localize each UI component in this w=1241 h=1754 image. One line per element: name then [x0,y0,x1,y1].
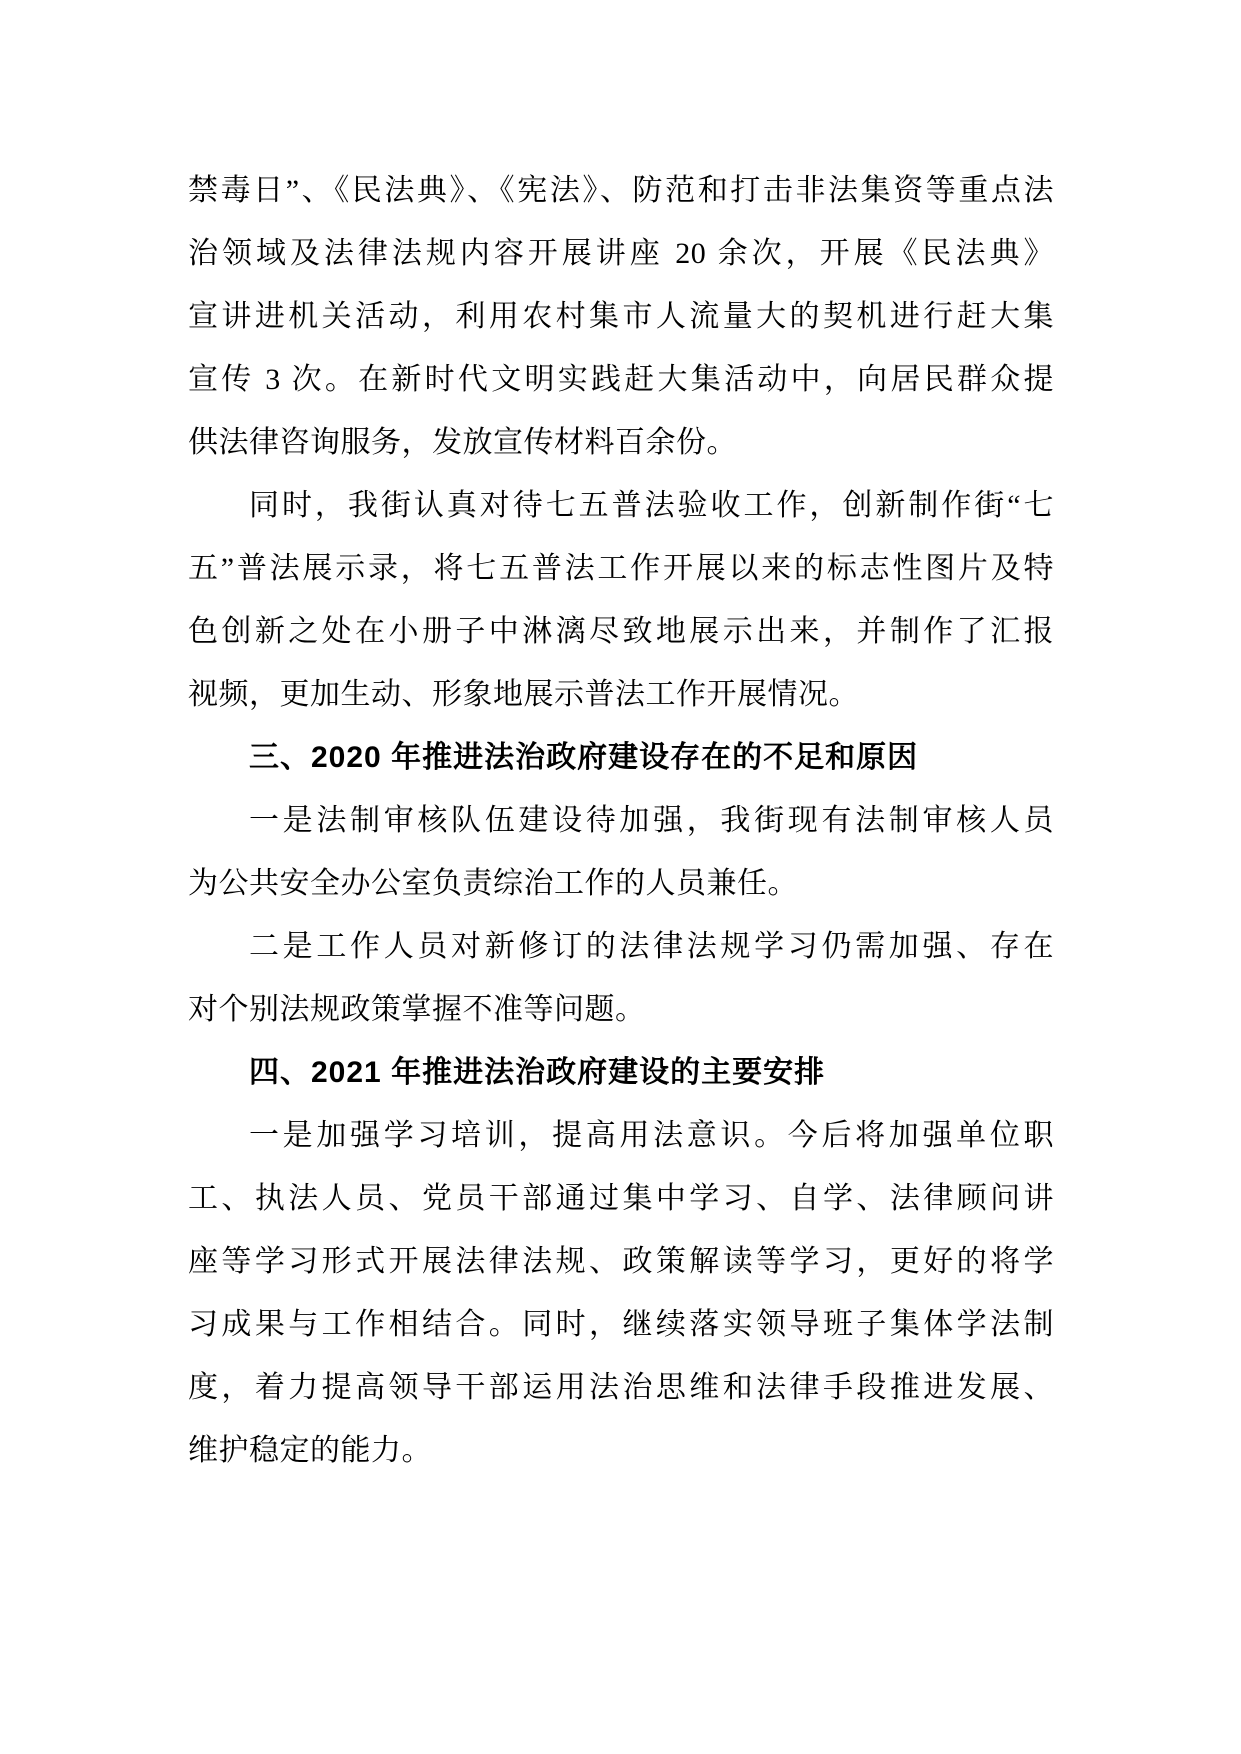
paragraph: 禁毒日”、《民法典》、《宪法》、防范和打击非法集资等重点法治领域及法律法规内容开… [188,159,1054,474]
section-heading: 三、2020 年推进法治政府建设存在的不足和原因 [188,726,1054,789]
text-line: 治领域及法律法规内容开展讲座 20 余次，开展《民法典》 [188,222,1054,285]
paragraph: 一是加强学习培训，提高用法意识。今后将加强单位职工、执法人员、党员干部通过集中学… [188,1104,1054,1482]
text-line: 供法律咨询服务，发放宣传材料百余份。 [188,411,1054,474]
paragraph: 一是法制审核队伍建设待加强，我街现有法制审核人员为公共安全办公室负责综治工作的人… [188,789,1054,915]
paragraph: 二是工作人员对新修订的法律法规学习仍需加强、存在对个别法规政策掌握不准等问题。 [188,915,1054,1041]
text-line: 二是工作人员对新修订的法律法规学习仍需加强、存在 [188,915,1054,978]
text-line: 对个别法规政策掌握不准等问题。 [188,978,1054,1041]
section-heading: 四、2021 年推进法治政府建设的主要安排 [188,1041,1054,1104]
text-line: 视频，更加生动、形象地展示普法工作开展情况。 [188,663,1054,726]
document-page: 禁毒日”、《民法典》、《宪法》、防范和打击非法集资等重点法治领域及法律法规内容开… [0,0,1241,1754]
text-line: 座等学习形式开展法律法规、政策解读等学习，更好的将学 [188,1230,1054,1293]
text-line: 三、2020 年推进法治政府建设存在的不足和原因 [188,726,1054,789]
document-body: 禁毒日”、《民法典》、《宪法》、防范和打击非法集资等重点法治领域及法律法规内容开… [188,159,1054,1482]
text-line: 维护稳定的能力。 [188,1419,1054,1482]
text-line: 色创新之处在小册子中淋漓尽致地展示出来，并制作了汇报 [188,600,1054,663]
text-line: 宣讲进机关活动，利用农村集市人流量大的契机进行赶大集 [188,285,1054,348]
text-line: 一是法制审核队伍建设待加强，我街现有法制审核人员 [188,789,1054,852]
text-line: 为公共安全办公室负责综治工作的人员兼任。 [188,852,1054,915]
text-line: 一是加强学习培训，提高用法意识。今后将加强单位职 [188,1104,1054,1167]
paragraph: 同时，我街认真对待七五普法验收工作，创新制作街“七五”普法展示录，将七五普法工作… [188,474,1054,726]
text-line: 同时，我街认真对待七五普法验收工作，创新制作街“七 [188,474,1054,537]
text-line: 度，着力提高领导干部运用法治思维和法律手段推进发展、 [188,1356,1054,1419]
text-line: 禁毒日”、《民法典》、《宪法》、防范和打击非法集资等重点法 [188,159,1054,222]
text-line: 宣传 3 次。在新时代文明实践赶大集活动中，向居民群众提 [188,348,1054,411]
text-line: 工、执法人员、党员干部通过集中学习、自学、法律顾问讲 [188,1167,1054,1230]
text-line: 习成果与工作相结合。同时，继续落实领导班子集体学法制 [188,1293,1054,1356]
text-line: 四、2021 年推进法治政府建设的主要安排 [188,1041,1054,1104]
text-line: 五”普法展示录，将七五普法工作开展以来的标志性图片及特 [188,537,1054,600]
